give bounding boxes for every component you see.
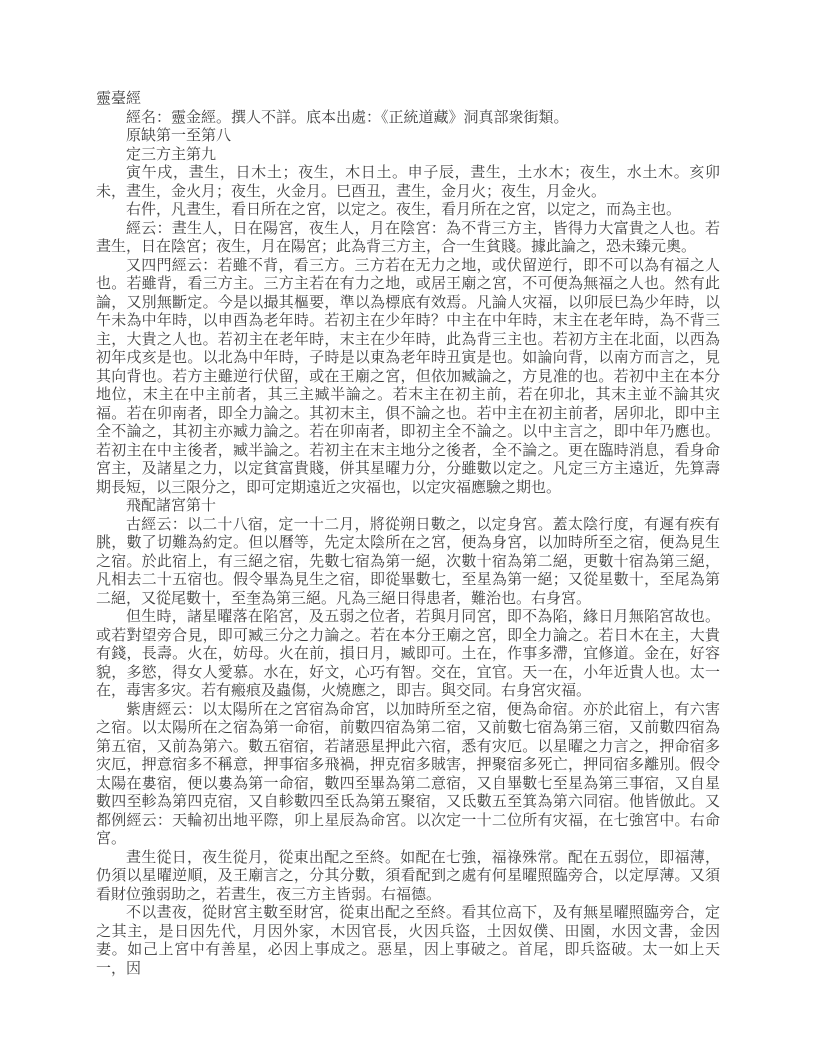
document-title: 靈臺經: [96, 90, 720, 109]
paragraph: 不以晝夜，從財宮主數至財宮，從東出配之至終。看其位高下，及有無星曜照臨旁合，定之…: [96, 904, 720, 978]
paragraph: 經云：晝生人，日在陽宮，夜生人，月在陰宮：為不背三方主，皆得力大富貴之人也。若晝…: [96, 220, 720, 257]
paragraph: 寅午戌，晝生，日木土；夜生，木日土。申子辰，晝生，土水木；夜生，水土木。亥卯未，…: [96, 164, 720, 201]
paragraph: 但生時，諸星曜落在陷宮，及五弱之位者，若與月同宮，即不為陷，緣日月無陷宮故也。或…: [96, 608, 720, 701]
paragraph: 原缺第一至第八: [96, 127, 720, 146]
paragraph: 右件，凡晝生，看日所在之宮，以定之。夜生，看月所在之宮，以定之，而為主也。: [96, 201, 720, 220]
section-heading: 飛配諸宮第十: [96, 497, 720, 516]
paragraph: 又四門經云：若雖不背，看三方。三方若在无力之地，或伏留逆行，即不可以為有福之人也…: [96, 257, 720, 498]
section-heading: 定三方主第九: [96, 146, 720, 165]
paragraph: 晝生從日，夜生從月，從東出配之至終。如配在七強，福祿殊常。配在五弱位，即福薄，仍…: [96, 849, 720, 905]
paragraph: 紫唐經云：以太陽所在之宮宿為命宮，以加時所至之宿，便為命宿。亦於此宿上，有六害之…: [96, 701, 720, 849]
document-page: 靈臺經 經名：靈金經。撰人不詳。底本出處：《正統道藏》洞真部衆街類。原缺第一至第…: [0, 0, 816, 1056]
paragraph: 古經云：以二十八宿，定一十二月，將從朔日數之，以定身宮。蓋太陰行度，有遲有疾有朓…: [96, 516, 720, 609]
document-body: 靈臺經 經名：靈金經。撰人不詳。底本出處：《正統道藏》洞真部衆街類。原缺第一至第…: [96, 90, 720, 978]
paragraph: 經名：靈金經。撰人不詳。底本出處：《正統道藏》洞真部衆街類。: [96, 109, 720, 128]
